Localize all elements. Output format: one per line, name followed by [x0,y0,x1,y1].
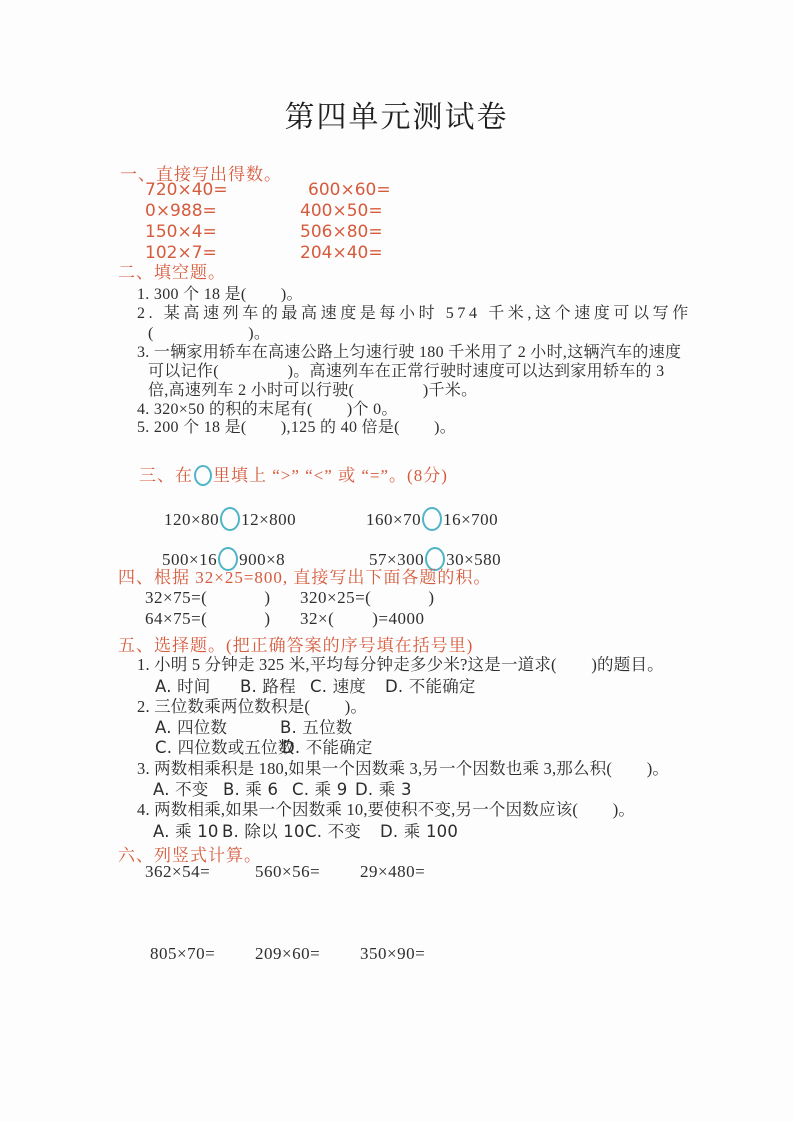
choice-option: A. 乘 10 [153,818,219,842]
problem: 506×80= [300,222,383,242]
problem: 0×988= [145,201,217,221]
choice-option: D. 不能确定 [385,673,476,697]
page-title: 第四单元测试卷 [0,92,793,136]
vertical-calc-problem: 350×90= [360,944,425,964]
vertical-calc-problem: 560×56= [255,862,320,882]
comparison-circle-icon [194,465,212,486]
problem: 400×50= [300,201,383,221]
problem: 600×60= [308,180,391,200]
section-three-header-post: 里填上 “>” “<” 或 “=”。(8分) [213,466,448,485]
choice-option: B. 除以 10 [222,818,305,842]
section-three-header-pre: 三、在 [139,466,193,485]
product-problem: 32×( )=4000 [300,609,425,629]
test-paper-page: 第四单元测试卷 一、直接写出得数。 720×40= 600×60= 0×988=… [0,0,793,1122]
vertical-calc-problem: 805×70= [150,944,215,964]
vertical-calc-problem: 29×480= [360,862,425,882]
product-problem: 32×75=( ) [145,588,271,608]
product-problem: 320×25=( ) [300,588,435,608]
product-problem: 64×75=( ) [145,609,271,629]
problem: 204×40= [300,243,383,263]
problem: 720×40= [145,180,228,200]
problem: 150×4= [145,222,217,242]
vertical-calc-problem: 209×60= [255,944,320,964]
choice-option: D. 乘 100 [380,818,458,842]
fill-blank-line: 5. 200 个 18 是( ),125 的 40 倍是( )。 [137,414,456,437]
vertical-calc-problem: 362×54= [145,862,210,882]
choice-option: C. 不变 [305,818,361,842]
choice-question: 1. 小明 5 分钟走 325 米,平均每分钟走多少米?这是一道求( )的题目。 [137,651,664,675]
section-two-header: 二、填空题。 [118,258,226,283]
section-four-header: 四、根据 32×25=800, 直接写出下面各题的积。 [118,563,491,588]
choice-question: 4. 两数相乘,如果一个因数乘 10,要使积不变,另一个因数应该( )。 [137,796,635,820]
